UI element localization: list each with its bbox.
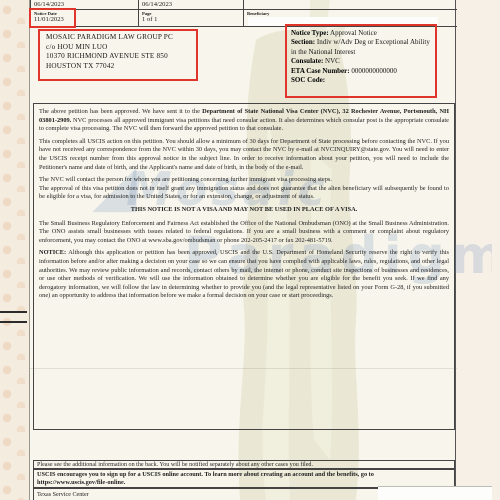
eta-case-number-label: ETA Case Number: [291,67,350,75]
soc-code-label: SOC Code: [291,76,325,84]
soc-code-line: SOC Code: [291,76,433,85]
fold-mark [0,311,27,313]
receipt-date-value: 06/14/2023 [31,1,64,8]
eta-case-number-value: 0000000000000 [350,67,397,75]
not-a-visa-disclaimer: THIS NOTICE IS NOT A VISA AND MAY NOT BE… [39,206,449,215]
header-cell-date2: 06/14/2023 [138,0,243,10]
notice-type-label: Notice Type: [291,29,329,37]
addressee-line: c/o HOU MIN LUO [46,43,196,53]
priority-date-value: 06/14/2023 [139,1,172,8]
addressee-line: MOSAIC PARADIGM LAW GROUP PC [46,33,196,43]
eta-case-number-line: ETA Case Number: 0000000000000 [291,67,433,76]
addressee-block: MOSAIC PARADIGM LAW GROUP PC c/o HOU MIN… [46,33,196,71]
scan-margin-right [456,0,500,500]
footer-back-info-row: Please see the additional information on… [33,460,455,469]
page-value: 1 of 1 [139,16,243,23]
body-paragraph-2: This completes all USCIS action on this … [39,138,449,172]
online-account-text: USCIS encourages you to sign up for a US… [37,471,374,486]
addressee-line: HOUSTON TX 77042 [46,62,196,72]
header-cell-page: Page 1 of 1 [138,10,243,27]
body-paragraph-5: The Small Business Regulatory Enforcemen… [39,220,449,246]
section-line: Section: Indiv w/Adv Deg or Exceptional … [291,38,433,57]
body-paragraph-4: The approval of this visa petition does … [39,185,449,202]
body-paragraph-3: The NVC will contact the person for whom… [39,176,449,185]
section-label: Section: [291,38,315,46]
back-info-text: Please see the additional information on… [37,462,313,468]
redaction-box-bottom-right [378,486,492,500]
security-border-pattern [0,0,29,500]
consulate-label: Consulate: [291,57,323,65]
body-paragraph-1: The above petition has been approved. We… [39,108,449,134]
case-details-block: Notice Type: Approval Notice Section: In… [291,29,433,85]
addressee-line: 10370 RICHMOND AVENUE STE 850 [46,52,196,62]
consulate-value: NVC [323,57,340,65]
notice-body-box: The above petition has been approved. We… [33,103,455,430]
notice-type-line: Notice Type: Approval Notice [291,29,433,38]
annotation-box-notice-date [29,8,76,28]
i797-notice-page: ◢ Mosaic Paradigm 06/14/2023 06/14/2023 … [29,0,456,500]
fold-crease [30,368,457,369]
scanned-approval-notice: ◢ Mosaic Paradigm 06/14/2023 06/14/2023 … [0,0,500,500]
beneficiary-label: Beneficiary [244,10,457,16]
header-cell-receipt-redacted [243,0,457,10]
notice-type-value: Approval Notice [329,29,377,37]
body-paragraph-6: NOTICE: Although this application or pet… [39,249,449,301]
service-center-text: Texas Service Center [37,492,89,498]
fold-mark [0,321,27,323]
consulate-line: Consulate: NVC [291,57,433,66]
